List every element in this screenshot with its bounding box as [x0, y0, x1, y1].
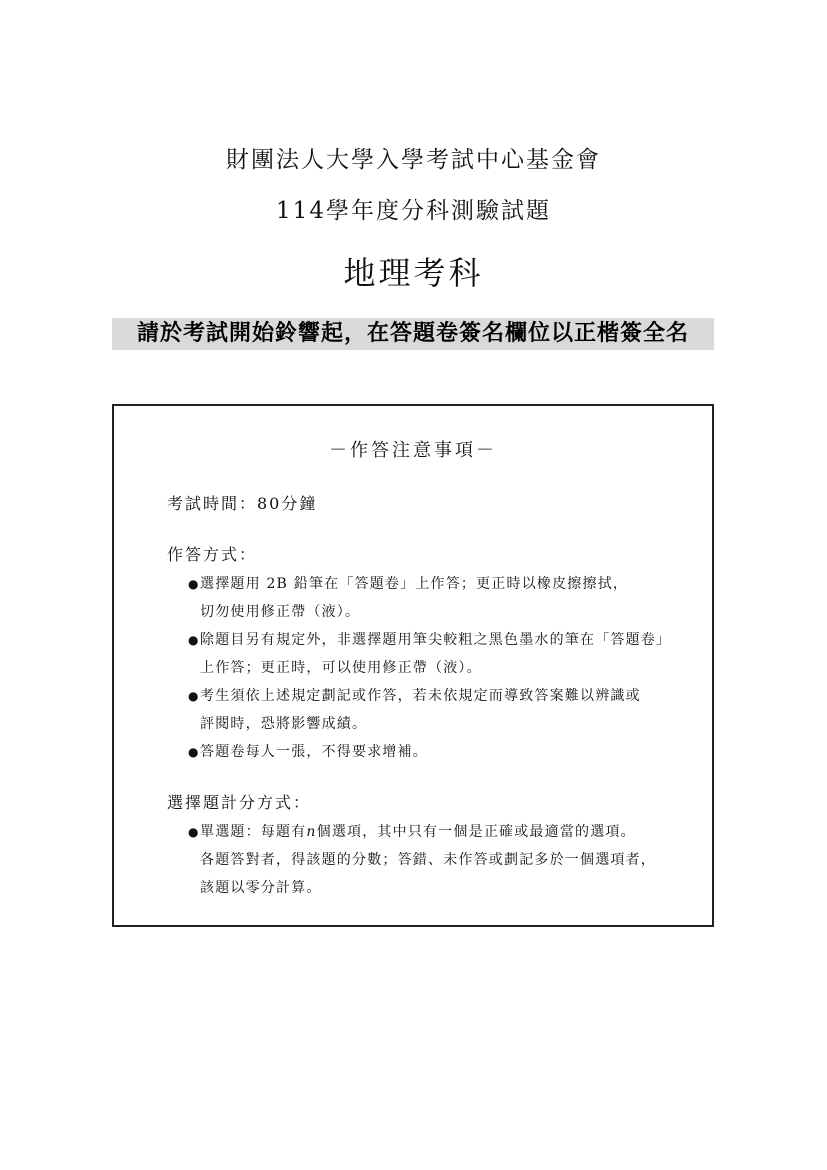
organization-title: 財團法人大學入學考試中心基金會 [0, 143, 827, 177]
bullet-icon: ● [188, 738, 200, 766]
exam-title: 114學年度分科測驗試題 [0, 194, 827, 228]
bullet-text: 答題卷每人一張，不得要求增補。 [200, 738, 688, 766]
bullet-text: 除題目另有規定外，非選擇題用筆尖較粗之黑色墨水的筆在「答題卷」 [200, 626, 688, 654]
bullet-text: 單選題：每題有n個選項，其中只有一個是正確或最適當的選項。 [200, 818, 688, 846]
bullet-text: 切勿使用修正帶（液）。 [200, 598, 688, 626]
scoring-label: 選擇題計分方式： [167, 791, 311, 815]
signature-notice-bar: 請於考試開始鈴響起，在答題卷簽名欄位以正楷簽全名 [112, 318, 714, 350]
list-item: ● 答題卷每人一張，不得要求增補。 [188, 738, 688, 766]
list-item: ● 選擇題用 2B 鉛筆在「答題卷」上作答；更正時以橡皮擦擦拭， 切勿使用修正帶… [188, 570, 688, 626]
bullet-icon: ● [188, 818, 200, 846]
bullet-text: 考生須依上述規定劃記或作答，若未依規定而導致答案難以辨識或 [200, 682, 688, 710]
instructions-heading: －作答注意事項－ [114, 438, 712, 464]
answer-method-label: 作答方式： [167, 543, 257, 567]
list-item: ● 單選題：每題有n個選項，其中只有一個是正確或最適當的選項。 各題答對者，得該… [188, 818, 688, 902]
bullet-text: 評閱時，恐將影響成績。 [200, 710, 688, 738]
bullet-text: 上作答；更正時，可以使用修正帶（液）。 [200, 654, 688, 682]
scoring-list: ● 單選題：每題有n個選項，其中只有一個是正確或最適當的選項。 各題答對者，得該… [188, 818, 688, 902]
bullet-icon: ● [188, 682, 200, 710]
exam-time: 考試時間：80分鐘 [167, 492, 317, 516]
scoring-text-prefix: 單選題：每題有 [200, 824, 306, 840]
instructions-box: －作答注意事項－ 考試時間：80分鐘 作答方式： ● 選擇題用 2B 鉛筆在「答… [112, 404, 714, 927]
bullet-icon: ● [188, 570, 200, 598]
scoring-text-suffix: 個選項，其中只有一個是正確或最適當的選項。 [317, 824, 636, 840]
bullet-icon: ● [188, 626, 200, 654]
bullet-text: 各題答對者，得該題的分數；答錯、未作答或劃記多於一個選項者， [200, 846, 688, 874]
bullet-text: 該題以零分計算。 [200, 874, 688, 902]
subject-title: 地理考科 [0, 251, 827, 295]
variable-n: n [306, 824, 316, 840]
list-item: ● 考生須依上述規定劃記或作答，若未依規定而導致答案難以辨識或 評閱時，恐將影響… [188, 682, 688, 738]
answer-method-list: ● 選擇題用 2B 鉛筆在「答題卷」上作答；更正時以橡皮擦擦拭， 切勿使用修正帶… [188, 570, 688, 766]
list-item: ● 除題目另有規定外，非選擇題用筆尖較粗之黑色墨水的筆在「答題卷」 上作答；更正… [188, 626, 688, 682]
bullet-text: 選擇題用 2B 鉛筆在「答題卷」上作答；更正時以橡皮擦擦拭， [200, 570, 688, 598]
